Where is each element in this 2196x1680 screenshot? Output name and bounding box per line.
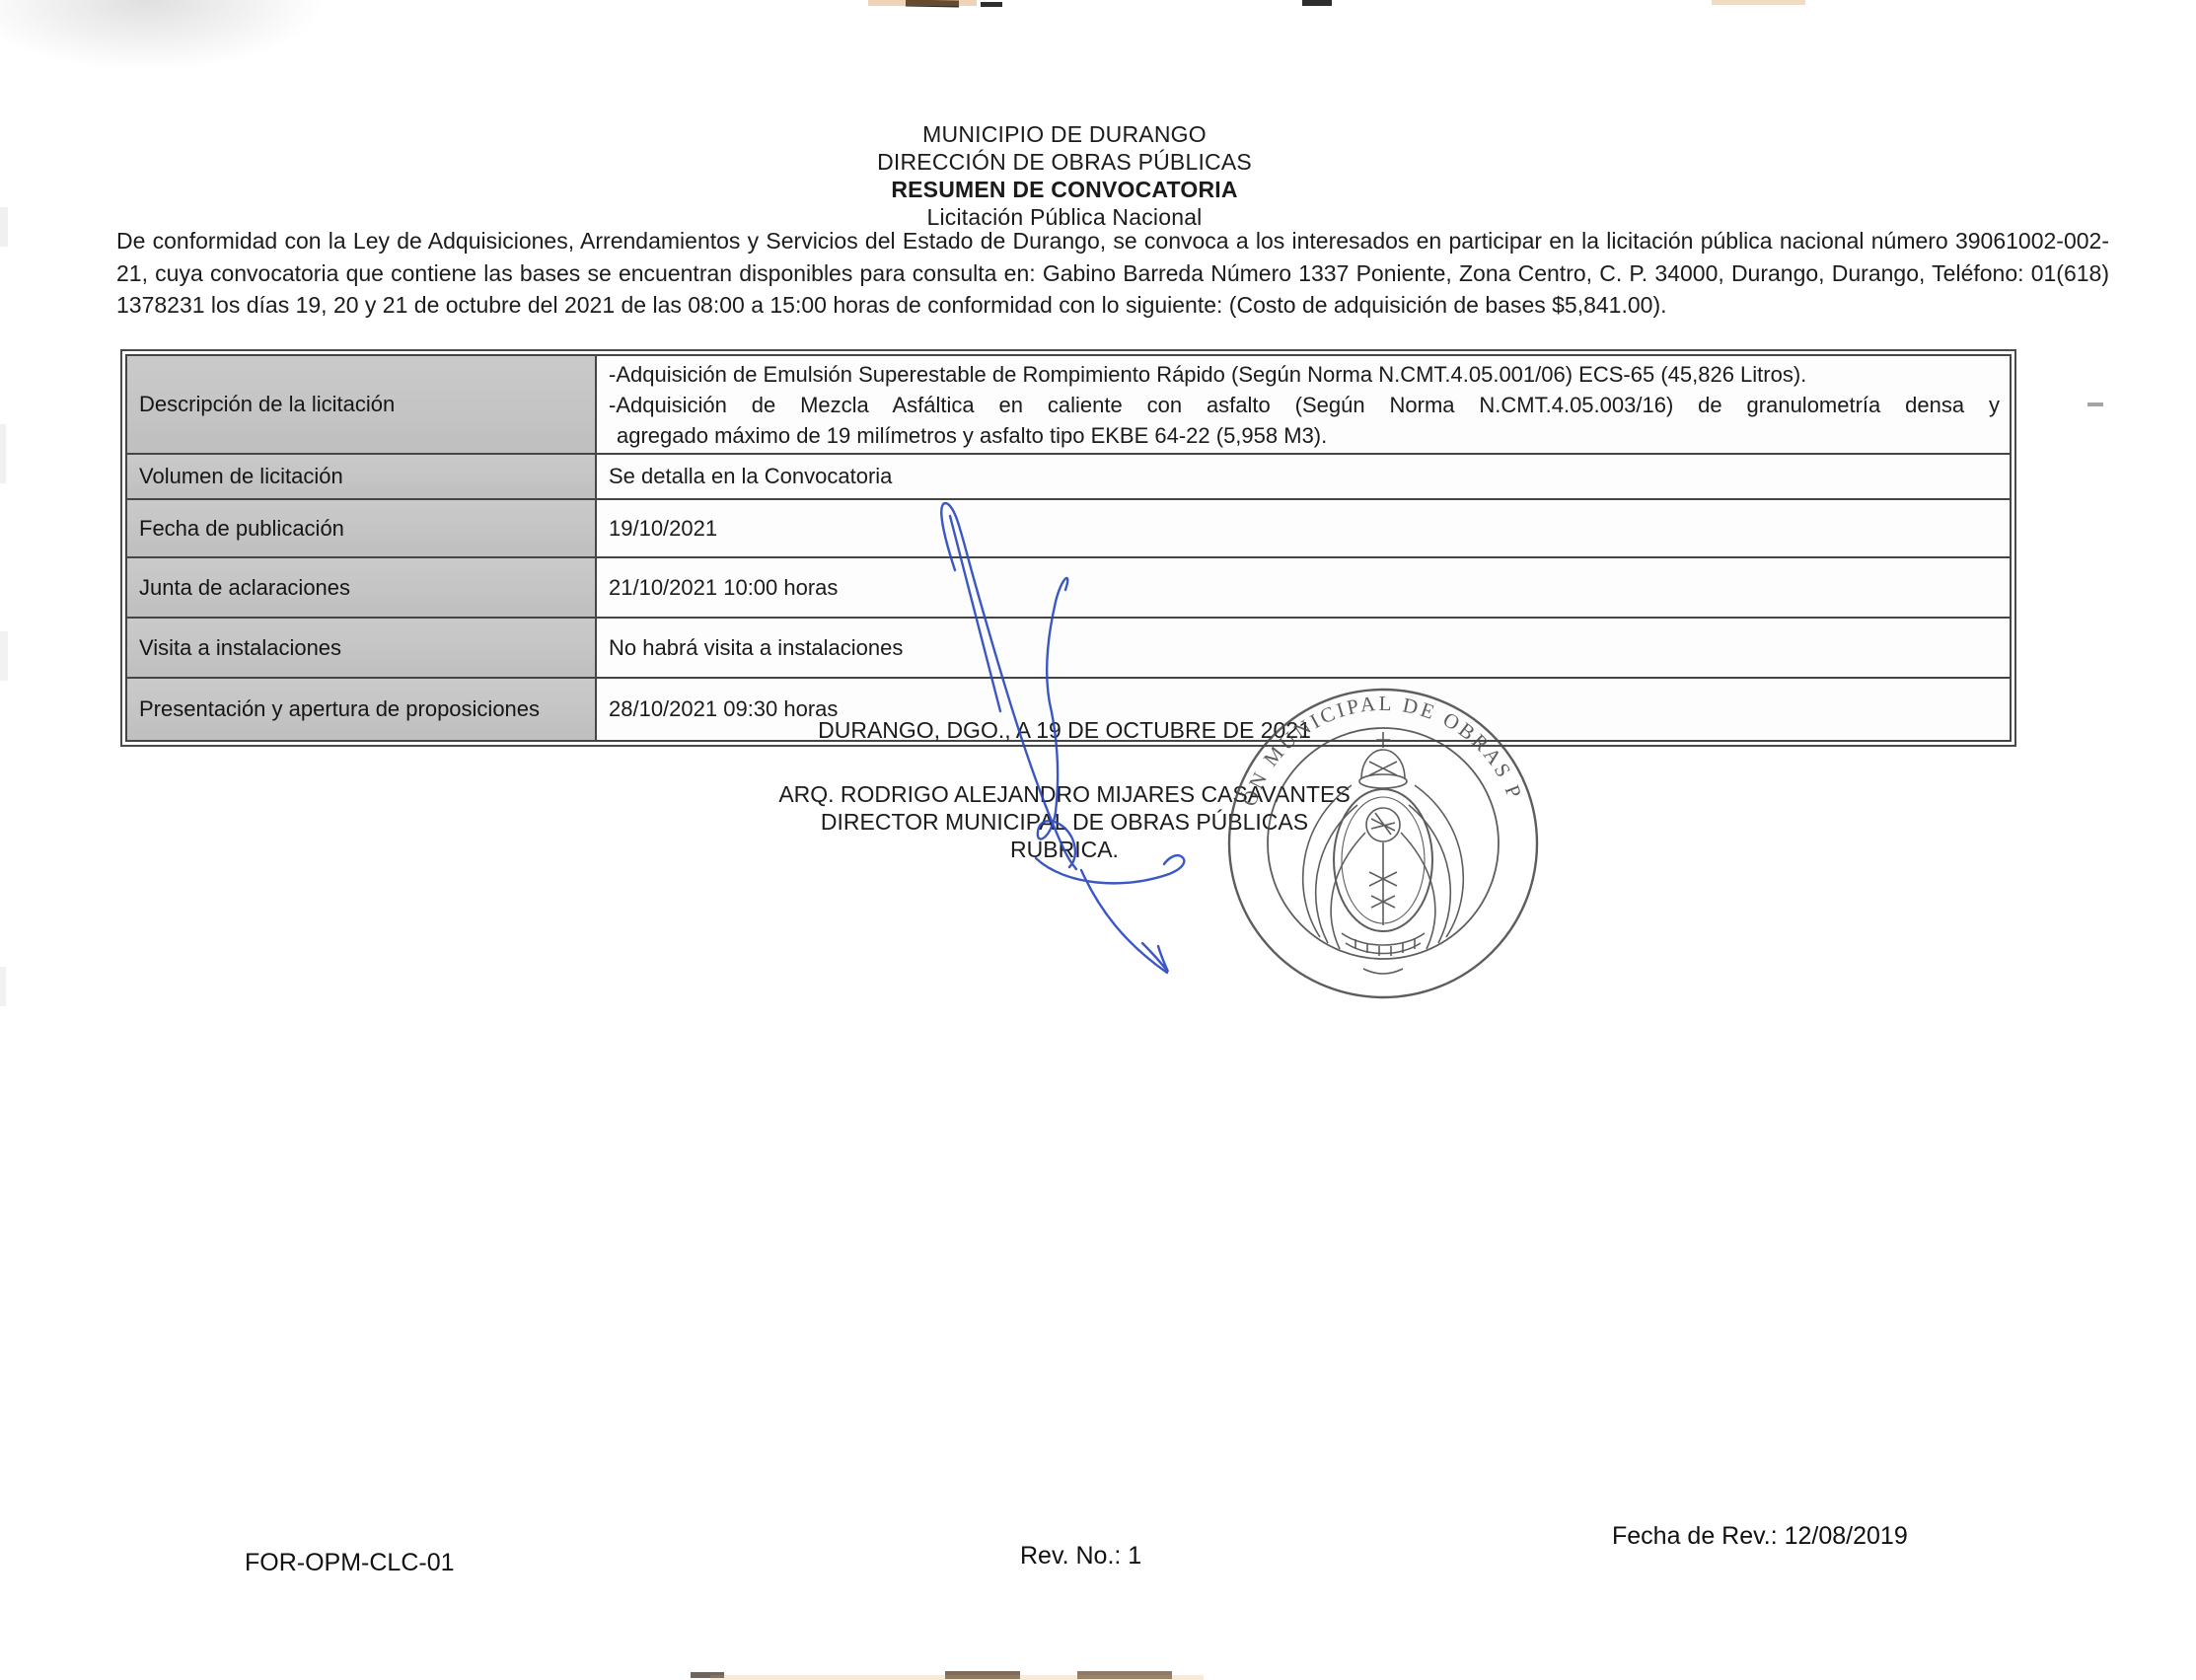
scan-blotch-left-2 bbox=[0, 424, 6, 483]
scan-smudge-top-orange-2 bbox=[1712, 0, 1805, 5]
scan-dash-right bbox=[2087, 402, 2103, 406]
table-row: Descripción de la licitación -Adquisició… bbox=[126, 355, 2011, 454]
descripcion-line-3: agregado máximo de 19 milímetros y asfal… bbox=[609, 420, 2000, 451]
row-label-fecha-publicacion: Fecha de publicación bbox=[126, 499, 596, 557]
scan-blotch-left-3 bbox=[0, 631, 8, 681]
scan-smudge-top-left bbox=[0, 0, 326, 71]
footer-revision-number: Rev. No.: 1 bbox=[1020, 1542, 1141, 1570]
scan-smudge-bottom-orange bbox=[710, 1675, 1204, 1680]
signature-date-line: DURANGO, DGO., A 19 DE OCTUBRE DE 2021 bbox=[116, 716, 2013, 744]
row-value-fecha-publicacion: 19/10/2021 bbox=[596, 499, 2011, 557]
header-direccion: DIRECCIÓN DE OBRAS PÚBLICAS bbox=[116, 148, 2013, 176]
row-label-visita-instalaciones: Visita a instalaciones bbox=[126, 618, 596, 678]
table-row: Junta de aclaraciones 21/10/2021 10:00 h… bbox=[126, 557, 2011, 618]
row-value-junta-aclaraciones: 21/10/2021 10:00 horas bbox=[596, 557, 2011, 618]
scan-mark-top-3 bbox=[1302, 0, 1332, 6]
intro-paragraph: De conformidad con la Ley de Adquisicion… bbox=[116, 225, 2109, 322]
licitacion-table: Descripción de la licitación -Adquisició… bbox=[125, 354, 2012, 742]
signature-rubric-label: RUBRICA. bbox=[116, 836, 2013, 863]
scan-smudge-top-orange-1 bbox=[868, 0, 977, 6]
licitacion-table-frame: Descripción de la licitación -Adquisició… bbox=[120, 349, 2016, 747]
document-header: MUNICIPIO DE DURANGO DIRECCIÓN DE OBRAS … bbox=[116, 120, 2013, 231]
descripcion-line-2: -Adquisición de Mezcla Asfáltica en cali… bbox=[609, 390, 2000, 420]
header-resumen-title: RESUMEN DE CONVOCATORIA bbox=[116, 176, 2013, 203]
signer-title: DIRECTOR MUNICIPAL DE OBRAS PÚBLICAS bbox=[116, 808, 2013, 836]
row-label-junta-aclaraciones: Junta de aclaraciones bbox=[126, 557, 596, 618]
seal-crest-base bbox=[1342, 933, 1425, 974]
row-label-volumen: Volumen de licitación bbox=[126, 454, 596, 499]
footer-form-code: FOR-OPM-CLC-01 bbox=[245, 1549, 455, 1577]
table-row: Visita a instalaciones No habrá visita a… bbox=[126, 618, 2011, 678]
scan-mark-top-2 bbox=[981, 2, 1002, 7]
signature-block: DURANGO, DGO., A 19 DE OCTUBRE DE 2021 A… bbox=[116, 716, 2013, 863]
row-label-descripcion: Descripción de la licitación bbox=[126, 355, 596, 454]
row-value-visita-instalaciones: No habrá visita a instalaciones bbox=[596, 618, 2011, 678]
signature-stroke-tail bbox=[1081, 870, 1168, 973]
table-row: Volumen de licitación Se detalla en la C… bbox=[126, 454, 2011, 499]
scan-blotch-left-1 bbox=[0, 207, 8, 247]
signer-name: ARQ. RODRIGO ALEJANDRO MIJARES CASAVANTE… bbox=[116, 780, 2013, 808]
footer-revision-date: Fecha de Rev.: 12/08/2019 bbox=[1612, 1522, 1908, 1551]
descripcion-line-1: -Adquisición de Emulsión Superestable de… bbox=[609, 359, 2000, 390]
row-value-descripcion: -Adquisición de Emulsión Superestable de… bbox=[596, 355, 2011, 454]
scan-blotch-left-4 bbox=[0, 967, 6, 1006]
scanned-document-page: { "header": { "line1": "MUNICIPIO DE DUR… bbox=[0, 0, 2196, 1680]
row-value-volumen: Se detalla en la Convocatoria bbox=[596, 454, 2011, 499]
table-row: Fecha de publicación 19/10/2021 bbox=[126, 499, 2011, 557]
header-municipio: MUNICIPIO DE DURANGO bbox=[116, 120, 2013, 148]
